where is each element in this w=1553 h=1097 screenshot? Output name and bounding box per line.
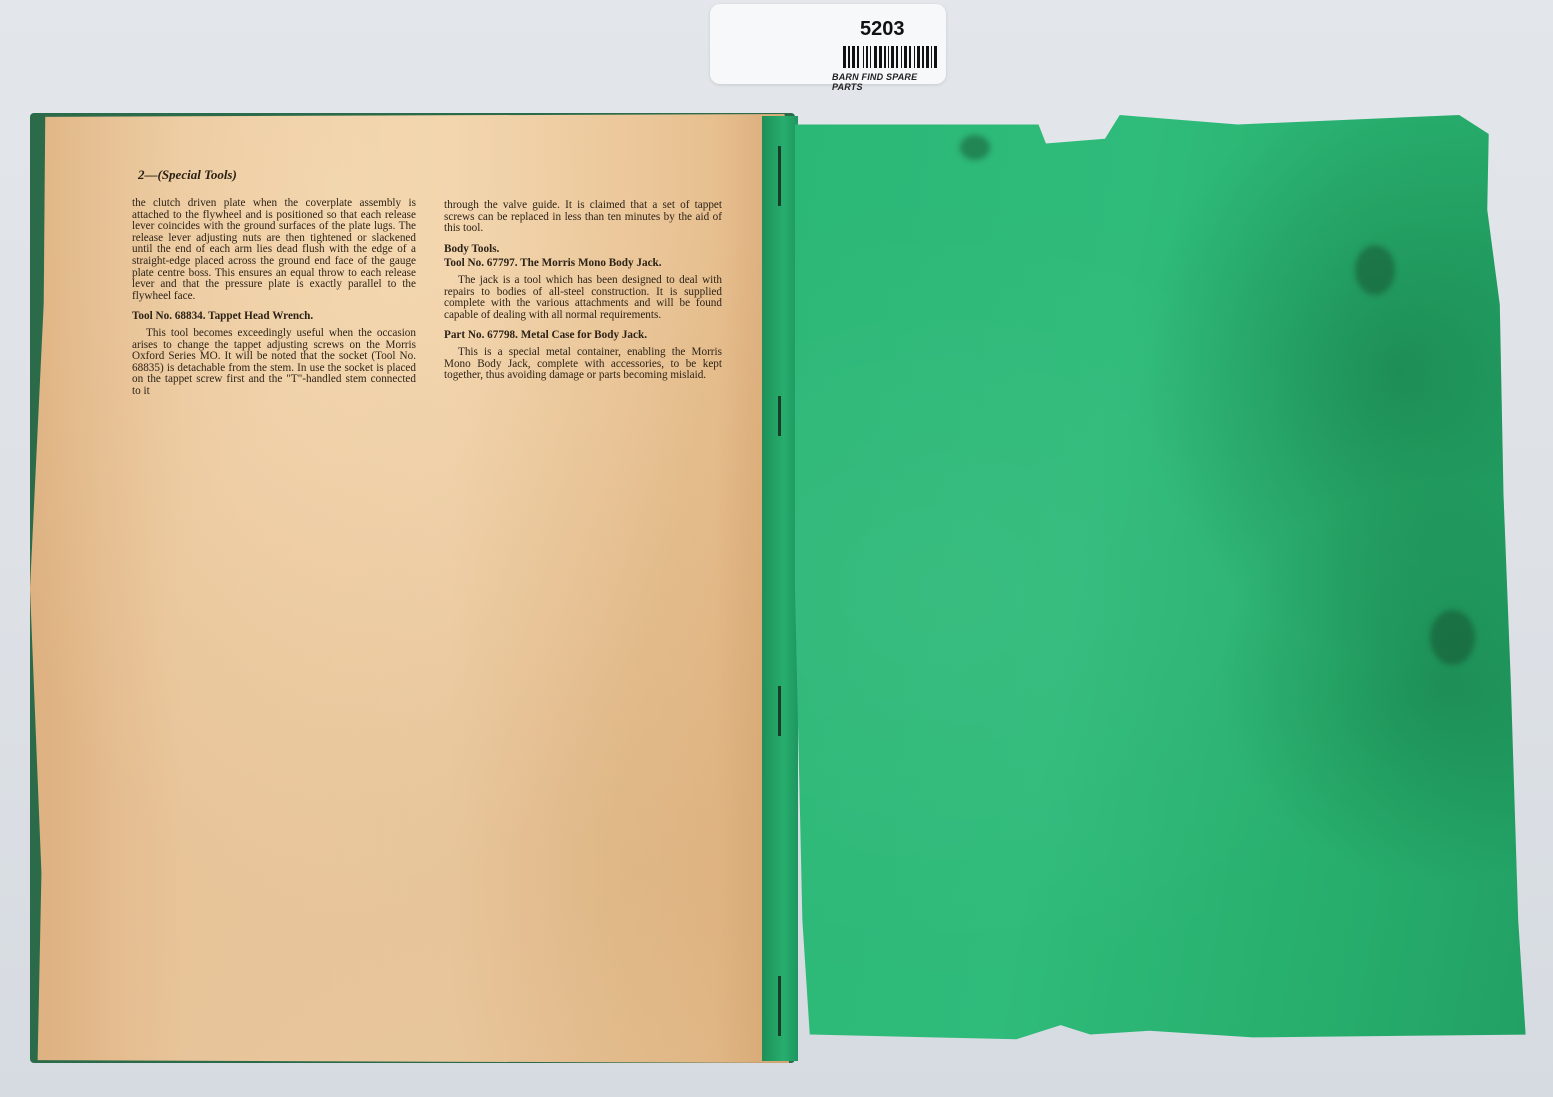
left-column: the clutch driven plate when the coverpl… xyxy=(132,198,416,398)
staple xyxy=(778,686,781,736)
right-column: through the valve guide. It is claimed t… xyxy=(444,200,722,382)
tool-68834-body: This tool becomes exceedingly useful whe… xyxy=(132,328,416,398)
staple xyxy=(778,146,781,206)
part-67798-body: This is a special metal container, enabl… xyxy=(444,347,722,382)
barcode-icon xyxy=(843,46,938,68)
page-heading: 2—(Special Tools) xyxy=(138,167,237,183)
inventory-label: 5203 BARN FIND SPARE PARTS xyxy=(710,4,946,84)
green-cover xyxy=(795,115,1533,1063)
brand-text: BARN FIND SPARE PARTS xyxy=(832,72,946,92)
part-67798-heading: Part No. 67798. Metal Case for Body Jack… xyxy=(444,330,722,342)
stain xyxy=(960,135,990,160)
body-tools-heading: Body Tools. xyxy=(444,244,722,256)
right-intro: through the valve guide. It is claimed t… xyxy=(444,200,722,235)
staple xyxy=(778,396,781,436)
inventory-number: 5203 xyxy=(860,18,905,41)
tool-67797-body: The jack is a tool which has been design… xyxy=(444,275,722,321)
booklet-spine xyxy=(762,116,798,1061)
stain xyxy=(1355,245,1395,295)
left-intro: the clutch driven plate when the coverpl… xyxy=(132,198,416,302)
tool-67797-heading: Tool No. 67797. The Morris Mono Body Jac… xyxy=(444,258,722,270)
tool-68834-heading: Tool No. 68834. Tappet Head Wrench. xyxy=(132,311,416,323)
stain xyxy=(1430,610,1475,665)
staple xyxy=(778,976,781,1036)
